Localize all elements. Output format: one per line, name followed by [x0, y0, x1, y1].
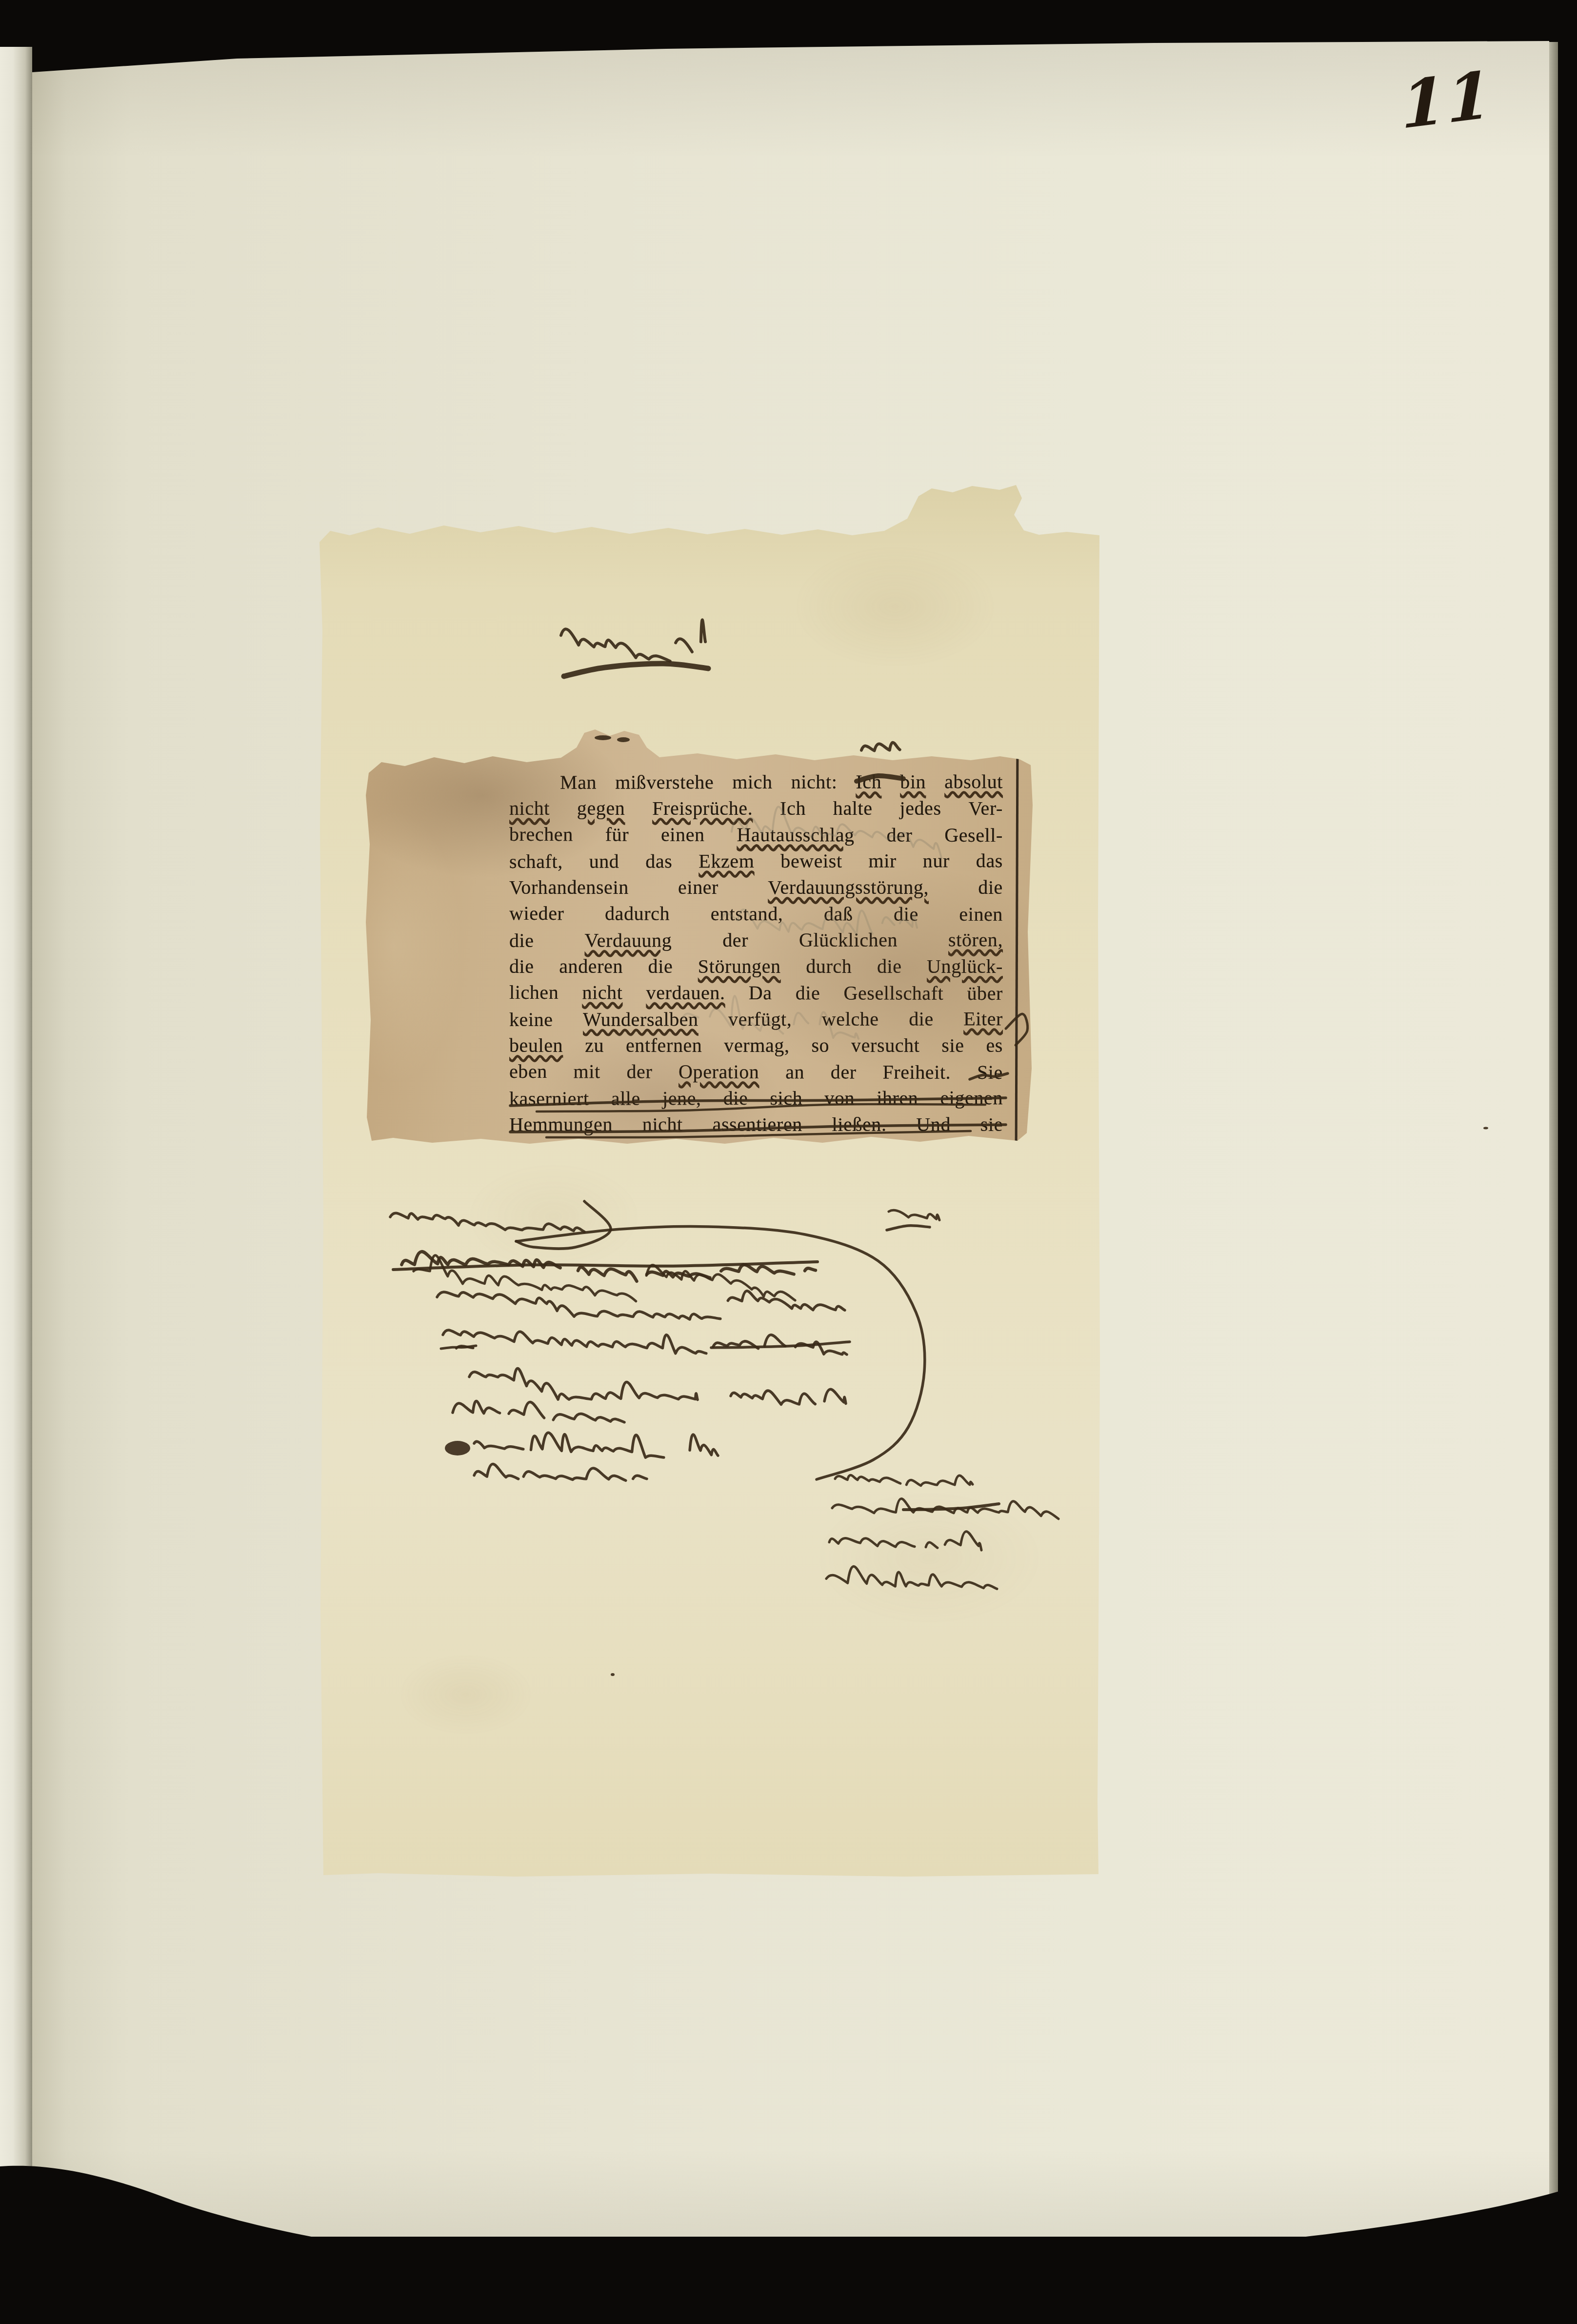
clipping-word: assentieren	[713, 1111, 802, 1138]
page-cut-edge	[1549, 42, 1558, 2208]
clipping-word: Störungen	[698, 953, 781, 980]
manuscript-sheet	[319, 485, 1100, 1879]
clipping-word: von	[824, 1085, 855, 1111]
clipping-word: ihren	[877, 1085, 918, 1111]
clipping-word: die	[796, 980, 820, 1006]
clipping-word: über	[967, 980, 1003, 1007]
clipping-word: Eiter	[963, 1006, 1003, 1032]
clipping-line: dieanderendieStörungendurchdieUnglück-	[509, 953, 1003, 980]
clipping-word: dadurch	[605, 900, 670, 927]
clipping-word: einer	[678, 874, 719, 901]
clipping-word: sie	[980, 1111, 1003, 1138]
clipping-word: nicht	[509, 795, 550, 822]
clipping-word: verfügt,	[728, 1006, 792, 1032]
clipping-word: zu	[585, 1032, 604, 1059]
clipping-line: lichennichtverdauen.DadieGesellschaftübe…	[509, 979, 1003, 1007]
clipping-word: Verdauungsstörung,	[768, 874, 929, 901]
clipping-word: versucht	[851, 1032, 919, 1059]
clipping-word: einen	[661, 822, 705, 848]
paragraph-indent	[509, 769, 541, 796]
clipping-line: Hemmungennichtassentierenließen.Undsie	[509, 1111, 1003, 1138]
clipping-word: einen	[959, 901, 1003, 928]
clipping-word: nicht	[582, 979, 622, 1006]
clipping-word: sich	[770, 1085, 802, 1111]
clipping-word: jene,	[662, 1085, 701, 1111]
clipping-line: Manmißverstehemichnicht:Ichbinabsolut	[509, 768, 1003, 796]
page-number: 11	[1400, 57, 1493, 144]
clipping-word: daß	[824, 901, 853, 927]
clipping-word: kaserniert	[509, 1086, 589, 1112]
clipping-word: Ekzem	[699, 848, 754, 874]
clipping-word: sie	[941, 1032, 964, 1059]
clipping-line: wiederdadurchentstand,daßdieeinen	[509, 900, 1003, 928]
clipping-word: die	[648, 953, 673, 980]
clipping-line: nichtgegenFreisprüche.IchhaltejedesVer-	[509, 795, 1003, 822]
clipping-word: das	[976, 848, 1003, 874]
clipping-word: nicht	[642, 1111, 683, 1138]
clipping-word: Vorhandensein	[509, 874, 629, 901]
clipping-word: der	[722, 927, 748, 953]
clipping-line: kaserniertallejene,diesichvonihreneigene…	[509, 1085, 1003, 1112]
album-page: 11 Manmißverstehemichnicht:Ichbinabsolut…	[32, 41, 1549, 2237]
clipping-word: Man	[560, 769, 597, 796]
clipping-word: verdauen.	[646, 980, 725, 1006]
clipping-word: Verdauung	[585, 927, 672, 953]
clipping-word: die	[894, 901, 918, 928]
clipping-word: Sie	[977, 1059, 1003, 1086]
clipping-word: lichen	[509, 979, 559, 1006]
clipping-word: Ver-	[968, 795, 1002, 822]
clipping-word: die	[509, 953, 534, 980]
clipping-word: das	[645, 848, 672, 874]
clipping-word: beweist	[780, 848, 842, 874]
clipping-word: keine	[509, 1007, 553, 1033]
clipping-line: VorhandenseineinerVerdauungsstörung,die	[509, 874, 1003, 901]
clipping-word: bin	[900, 768, 926, 795]
clipping-word: beulen	[509, 1032, 563, 1059]
clipping-word: die	[877, 953, 902, 980]
clipping-word: die	[978, 874, 1003, 901]
clipping-word: stören,	[948, 927, 1003, 953]
clipping-word: alle	[611, 1085, 640, 1111]
clipping-word: Freisprüche.	[652, 795, 753, 822]
clipping-word: wieder	[509, 900, 564, 927]
clipping-word: Gesell-	[944, 822, 1003, 849]
clipping-word: mit	[574, 1058, 600, 1085]
clipping-word: jedes	[899, 795, 941, 822]
clipping-word: brechen	[509, 821, 573, 848]
clipping-word: Unglück-	[927, 953, 1003, 980]
clipping-word: eben	[509, 1058, 547, 1085]
scanned-album-page: 11 Manmißverstehemichnicht:Ichbinabsolut…	[0, 0, 1577, 2324]
clipping-word: Wundersalben	[583, 1006, 699, 1032]
clipping-word: die	[909, 1006, 934, 1032]
clipping-line: schaft,unddasEkzembeweistmirnurdas	[509, 848, 1003, 875]
clipping-word: nur	[923, 848, 950, 874]
clipping-word: vermag,	[724, 1032, 789, 1059]
clipping-word: der	[626, 1058, 652, 1085]
clipping-word: entfernen	[626, 1032, 702, 1059]
clipping-word: schaft,	[509, 849, 563, 875]
newspaper-clipping: Manmißverstehemichnicht:Ichbinabsolutnic…	[365, 727, 1034, 1151]
clipping-text: Manmißverstehemichnicht:Ichbinabsolutnic…	[509, 769, 1003, 1138]
clipping-line: keineWundersalbenverfügt,welchedieEiter	[509, 1006, 1003, 1033]
clipping-word: es	[986, 1032, 1003, 1059]
clipping-word: die	[723, 1085, 748, 1111]
clipping-word: absolut	[944, 768, 1003, 795]
clipping-word: entstand,	[711, 901, 783, 927]
clipping-word: halte	[833, 795, 873, 822]
clipping-word: Glücklichen	[799, 927, 898, 953]
clipping-word: die	[509, 928, 534, 954]
clipping-word: mir	[869, 848, 897, 874]
clipping-word: eigenen	[940, 1085, 1003, 1111]
clipping-word: Da	[749, 980, 772, 1006]
clipping-word: und	[589, 848, 619, 874]
clipping-word: welche	[822, 1006, 879, 1032]
clipping-line: dieVerdauungderGlücklichenstören,	[509, 927, 1003, 954]
previous-page-edge	[0, 47, 32, 2223]
clipping-word: mißverstehe	[615, 769, 714, 795]
clipping-word: der	[886, 822, 912, 849]
clipping-word: Ich	[780, 795, 806, 822]
clipping-word: mich	[732, 769, 772, 795]
clipping-word: anderen	[559, 953, 623, 980]
clipping-word: an	[785, 1059, 804, 1085]
clipping-word: Hemmungen	[509, 1111, 613, 1138]
clipping-word: durch	[806, 953, 852, 980]
clipping-word: Operation	[679, 1059, 759, 1085]
clipping-line: brechenfüreinenHautausschlagderGesell-	[509, 821, 1003, 849]
clipping-word: so	[811, 1032, 829, 1059]
clipping-line: beulenzuentfernenvermag,soversuchtsiees	[509, 1032, 1003, 1059]
clipping-word: der	[831, 1059, 857, 1085]
clipping-line: ebenmitderOperationanderFreiheit.Sie	[509, 1058, 1003, 1086]
clipping-word: Hautausschlag	[737, 822, 854, 849]
column-rule	[1015, 757, 1019, 1144]
clipping-word: Ich	[856, 769, 881, 795]
clipping-word: Und	[916, 1111, 951, 1138]
clipping-word: ließen.	[832, 1111, 887, 1138]
clipping-word: für	[605, 821, 629, 848]
clipping-word: Freiheit.	[882, 1059, 951, 1086]
clipping-word: gegen	[577, 795, 625, 822]
clipping-word: nicht:	[791, 769, 838, 795]
clipping-word: Gesellschaft	[843, 980, 943, 1006]
